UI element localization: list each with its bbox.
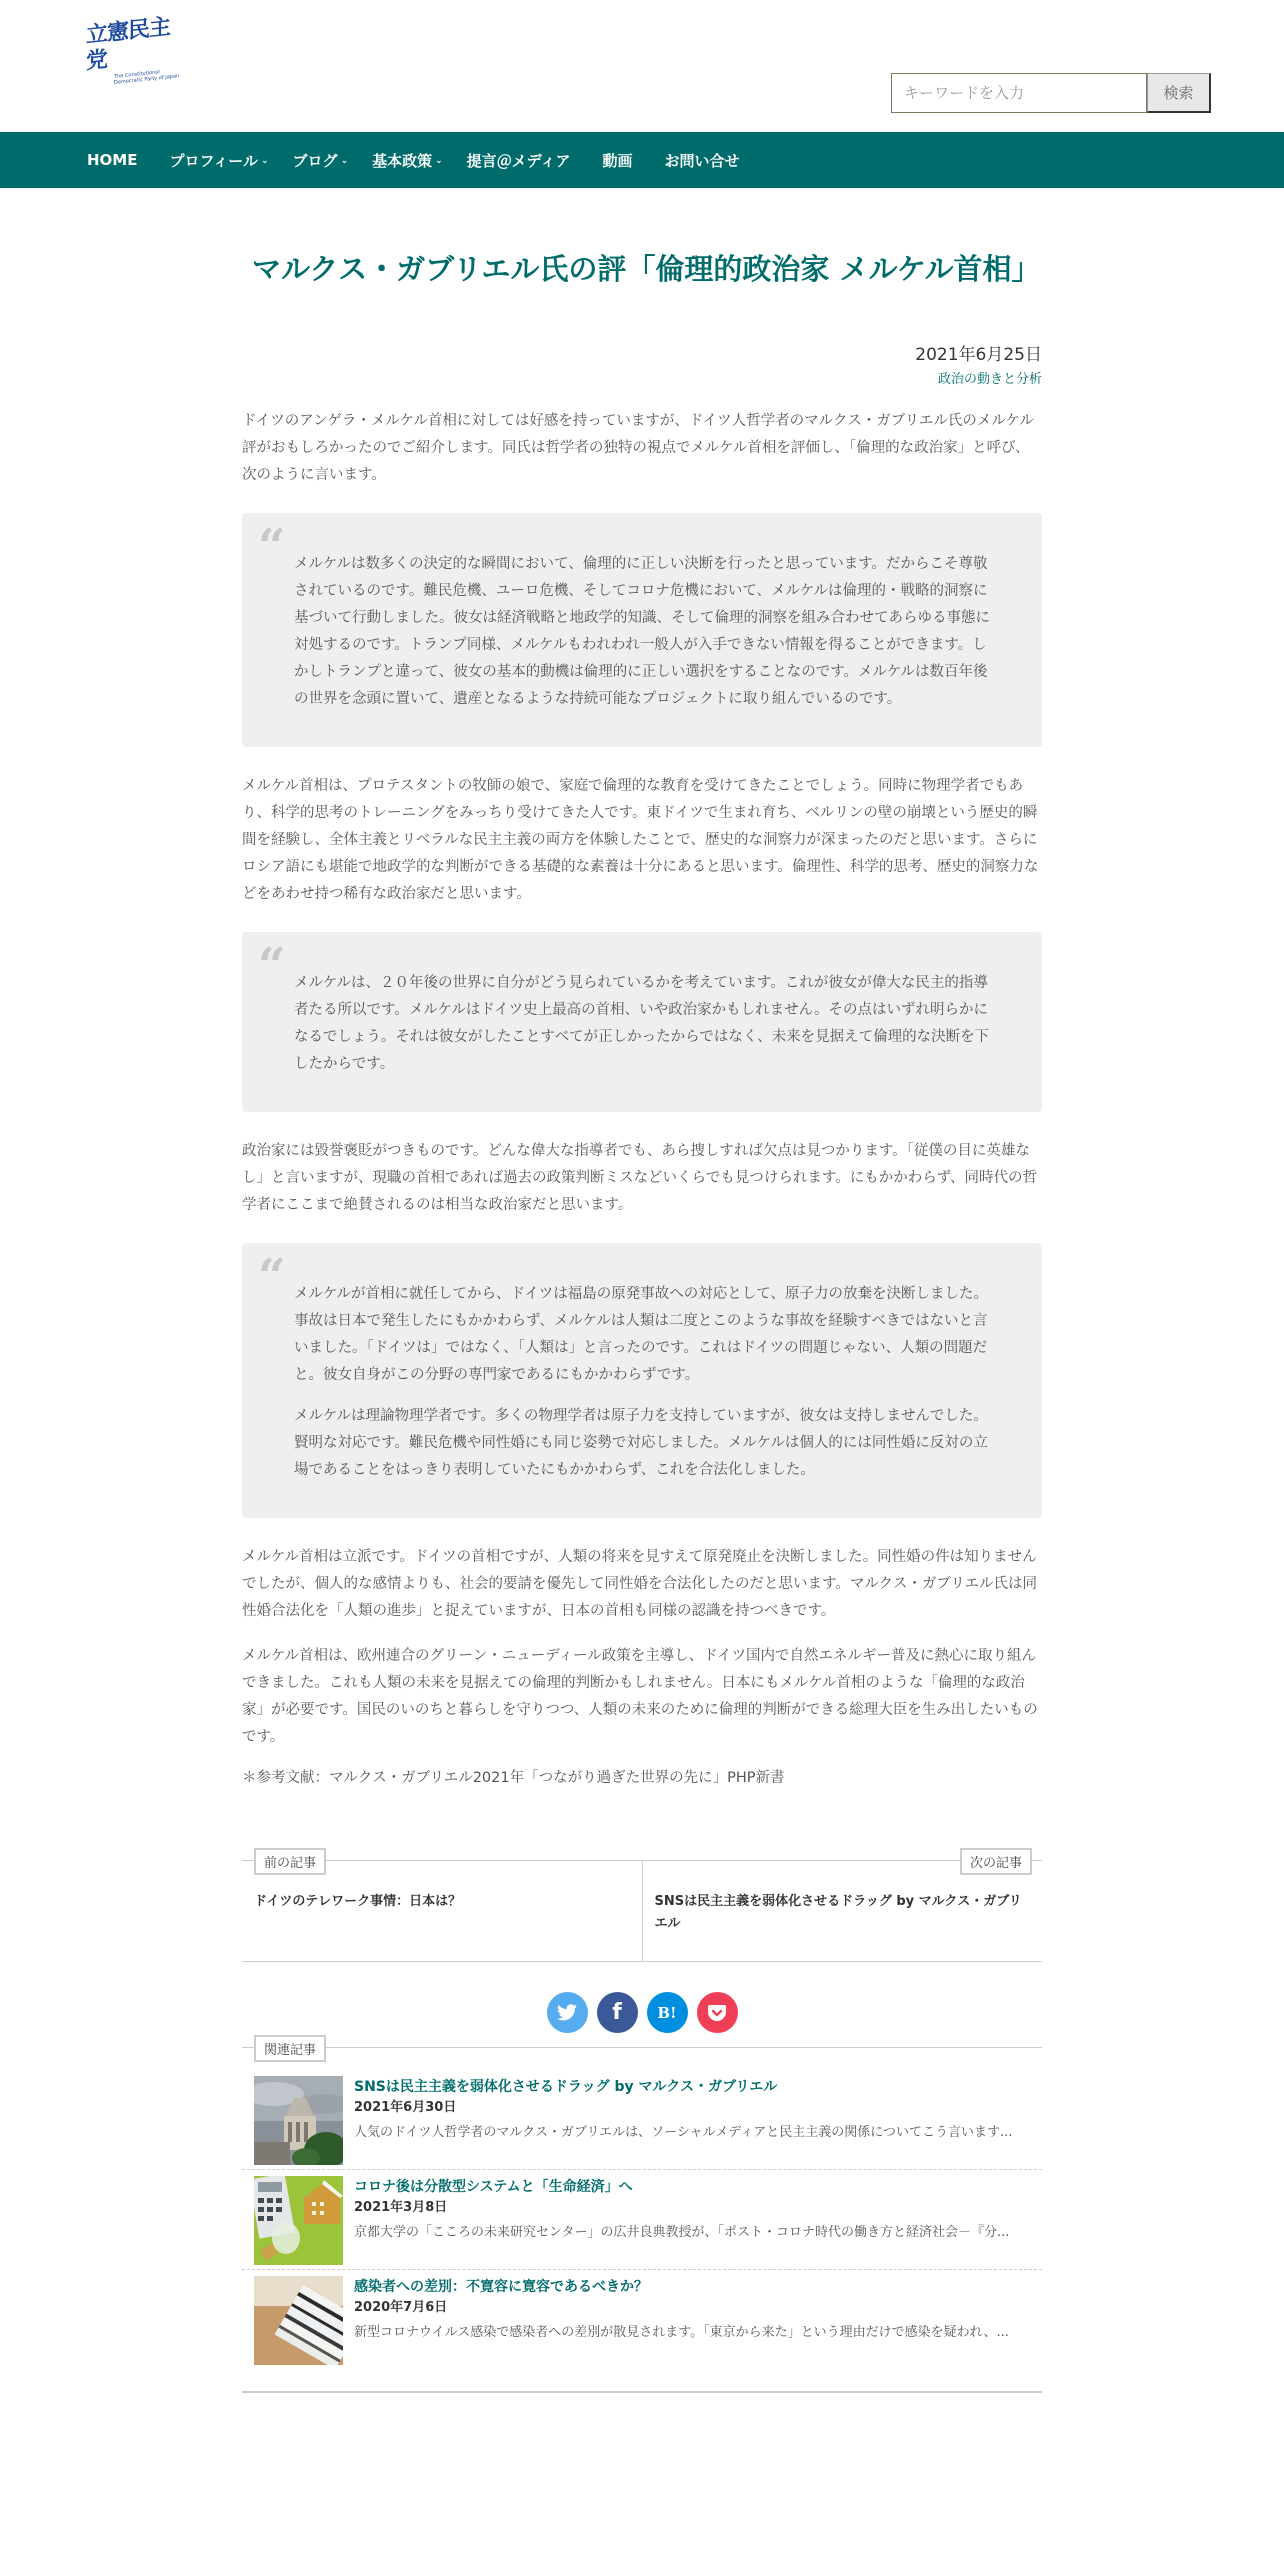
nav-item-profile[interactable]: プロフィール⌄	[169, 150, 268, 171]
article-paragraph: メルケル首相は、欧州連合のグリーン・ニューディール政策を主導し、ドイツ国内で自然…	[242, 1643, 1042, 1751]
nav-item-home[interactable]: HOME	[87, 151, 137, 169]
blockquote: “ メルケルは数多くの決定的な瞬間において、倫理的に正しい決断を行ったと思ってい…	[242, 513, 1042, 747]
facebook-share-button[interactable]: f	[597, 1992, 638, 2033]
nav-item-label: 基本政策	[372, 150, 432, 171]
chevron-down-icon: ⌄	[261, 156, 269, 166]
article-meta: 2021年6月25日 政治の動きと分析	[242, 342, 1042, 390]
next-post-label: 次の記事	[960, 1848, 1032, 1875]
related-post-thumbnail[interactable]	[254, 2076, 343, 2165]
nav-item-blog[interactable]: ブログ⌄	[293, 150, 349, 171]
prev-post-link[interactable]: ドイツのテレワーク事情：日本は？	[254, 1891, 630, 1913]
global-nav: HOME プロフィール⌄ ブログ⌄ 基本政策⌄ 提言＠メディア 動画 お問い合せ	[0, 132, 1284, 188]
nav-item-label: 提言＠メディア	[467, 150, 571, 171]
related-post-title[interactable]: SNSは民主主義を弱体化させるドラッグ by マルクス・ガブリエル	[354, 2076, 1030, 2098]
twitter-icon	[557, 2004, 577, 2021]
search-input[interactable]	[891, 73, 1147, 113]
related-post-excerpt: 新型コロナウイルス感染で感染者への差別が散見されます。「東京から来た」という理由…	[354, 2324, 1030, 2342]
chevron-down-icon: ⌄	[341, 156, 349, 166]
related-post-date: 2021年3月8日	[354, 2198, 1030, 2218]
hatena-icon: B!	[657, 2004, 676, 2022]
logo-text: 立憲民主党	[86, 13, 190, 76]
nav-item-policy[interactable]: 基本政策⌄	[372, 150, 443, 171]
prev-post-label: 前の記事	[254, 1848, 326, 1875]
related-post-excerpt: 京都大学の「こころの未来研究センター」の広井良典教授が、「ポスト・コロナ時代の働…	[354, 2224, 1030, 2242]
post-navigation: 前の記事 ドイツのテレワーク事情：日本は？ 次の記事 SNSは民主主義を弱体化さ…	[242, 1860, 1042, 1962]
nav-item-label: HOME	[87, 151, 137, 169]
article: マルクス・ガブリエル氏の評「倫理的政治家 メルケル首相」 2021年6月25日 …	[242, 248, 1042, 2467]
facebook-icon: f	[612, 2000, 622, 2025]
hatena-bookmark-button[interactable]: B!	[647, 1992, 688, 2033]
article-paragraph: メルケル首相は立派です。ドイツの首相ですが、人類の将来を見すえて原発廃止を決断し…	[242, 1544, 1042, 1625]
party-logo[interactable]: 立憲民主党 The Constitutional Democratic Part…	[86, 18, 190, 58]
prev-post[interactable]: 前の記事 ドイツのテレワーク事情：日本は？	[242, 1861, 643, 1961]
related-post-item[interactable]: 感染者への差別：不寛容に寛容であるべきか？ 2020年7月6日 新型コロナウイル…	[242, 2270, 1042, 2369]
related-post-item[interactable]: SNSは民主主義を弱体化させるドラッグ by マルクス・ガブリエル 2021年6…	[242, 2070, 1042, 2170]
quote-text: メルケルは数多くの決定的な瞬間において、倫理的に正しい決断を行ったと思っています…	[294, 551, 997, 713]
reference-note: ＊参考文献：マルクス・ガブリエル2021年「つながり過ぎた世界の先に」PHP新書	[242, 1765, 1042, 1792]
article-paragraph: メルケル首相は、プロテスタントの牧師の娘で、家庭で倫理的な教育を受けてきたことで…	[242, 773, 1042, 908]
related-post-date: 2021年6月30日	[354, 2098, 1030, 2118]
related-post-excerpt: 人気のドイツ人哲学者のマルクス・ガブリエルは、ソーシャルメディアと民主主義の関係…	[354, 2124, 1030, 2142]
related-post-body: コロナ後は分散型システムと「生命経済」へ 2021年3月8日 京都大学の「こころ…	[354, 2176, 1030, 2265]
search-form: 検索	[891, 73, 1211, 113]
pocket-button[interactable]	[697, 1992, 738, 2033]
quote-icon: “	[258, 523, 286, 571]
article-paragraph: 政治家には毀誉褒貶がつきものです。どんな偉大な指導者でも、あら捜しすれば欠点は見…	[242, 1138, 1042, 1219]
share-buttons: f B!	[242, 1992, 1042, 2033]
pocket-icon	[708, 2005, 726, 2021]
related-post-title[interactable]: コロナ後は分散型システムと「生命経済」へ	[354, 2176, 1030, 2198]
related-post-thumbnail[interactable]	[254, 2176, 343, 2265]
nav-item-label: お問い合せ	[665, 150, 740, 171]
related-post-body: SNSは民主主義を弱体化させるドラッグ by マルクス・ガブリエル 2021年6…	[354, 2076, 1030, 2165]
next-post[interactable]: 次の記事 SNSは民主主義を弱体化させるドラッグ by マルクス・ガブリエル	[643, 1861, 1043, 1961]
quote-text: メルケルは、２０年後の世界に自分がどう見られているかを考えています。これが彼女が…	[294, 970, 997, 1078]
next-post-link[interactable]: SNSは民主主義を弱体化させるドラッグ by マルクス・ガブリエル	[655, 1891, 1031, 1935]
nav-item-label: 動画	[602, 150, 632, 171]
nav-item-contact[interactable]: お問い合せ	[665, 150, 740, 171]
blockquote: “ メルケルが首相に就任してから、ドイツは福島の原発事故への対応として、原子力の…	[242, 1243, 1042, 1518]
quote-icon: “	[258, 942, 286, 990]
category-link[interactable]: 政治の動きと分析	[938, 370, 1042, 390]
related-post-thumbnail[interactable]	[254, 2276, 343, 2365]
twitter-share-button[interactable]	[547, 1992, 588, 2033]
related-posts-label: 関連記事	[254, 2035, 326, 2062]
nav-item-media[interactable]: 提言＠メディア	[467, 150, 571, 171]
quote-text: メルケルが首相に就任してから、ドイツは福島の原発事故への対応として、原子力の放棄…	[294, 1281, 997, 1389]
related-post-item[interactable]: コロナ後は分散型システムと「生命経済」へ 2021年3月8日 京都大学の「こころ…	[242, 2170, 1042, 2270]
article-title: マルクス・ガブリエル氏の評「倫理的政治家 メルケル首相」	[242, 248, 1042, 290]
site-header: 立憲民主党 The Constitutional Democratic Part…	[0, 0, 1284, 132]
search-button[interactable]: 検索	[1147, 73, 1211, 113]
article-date: 2021年6月25日	[242, 342, 1042, 368]
article-paragraph: ドイツのアンゲラ・メルケル首相に対しては好感を持っていますが、ドイツ人哲学者のマ…	[242, 408, 1042, 489]
nav-item-label: プロフィール	[169, 150, 258, 171]
blockquote: “ メルケルは、２０年後の世界に自分がどう見られているかを考えています。これが彼…	[242, 932, 1042, 1112]
quote-icon: “	[258, 1253, 286, 1301]
related-post-body: 感染者への差別：不寛容に寛容であるべきか？ 2020年7月6日 新型コロナウイル…	[354, 2276, 1030, 2365]
related-post-title[interactable]: 感染者への差別：不寛容に寛容であるべきか？	[354, 2276, 1030, 2298]
nav-item-video[interactable]: 動画	[602, 150, 632, 171]
chevron-down-icon: ⌄	[435, 156, 443, 166]
related-post-date: 2020年7月6日	[354, 2298, 1030, 2318]
related-posts: 関連記事 SNSは民主主義を弱体化させるドラッグ by マルクス・ガブリエル 2…	[242, 2047, 1042, 2369]
nav-item-label: ブログ	[293, 150, 338, 171]
quote-text: メルケルは理論物理学者です。多くの物理学者は原子力を支持していますが、彼女は支持…	[294, 1403, 997, 1484]
